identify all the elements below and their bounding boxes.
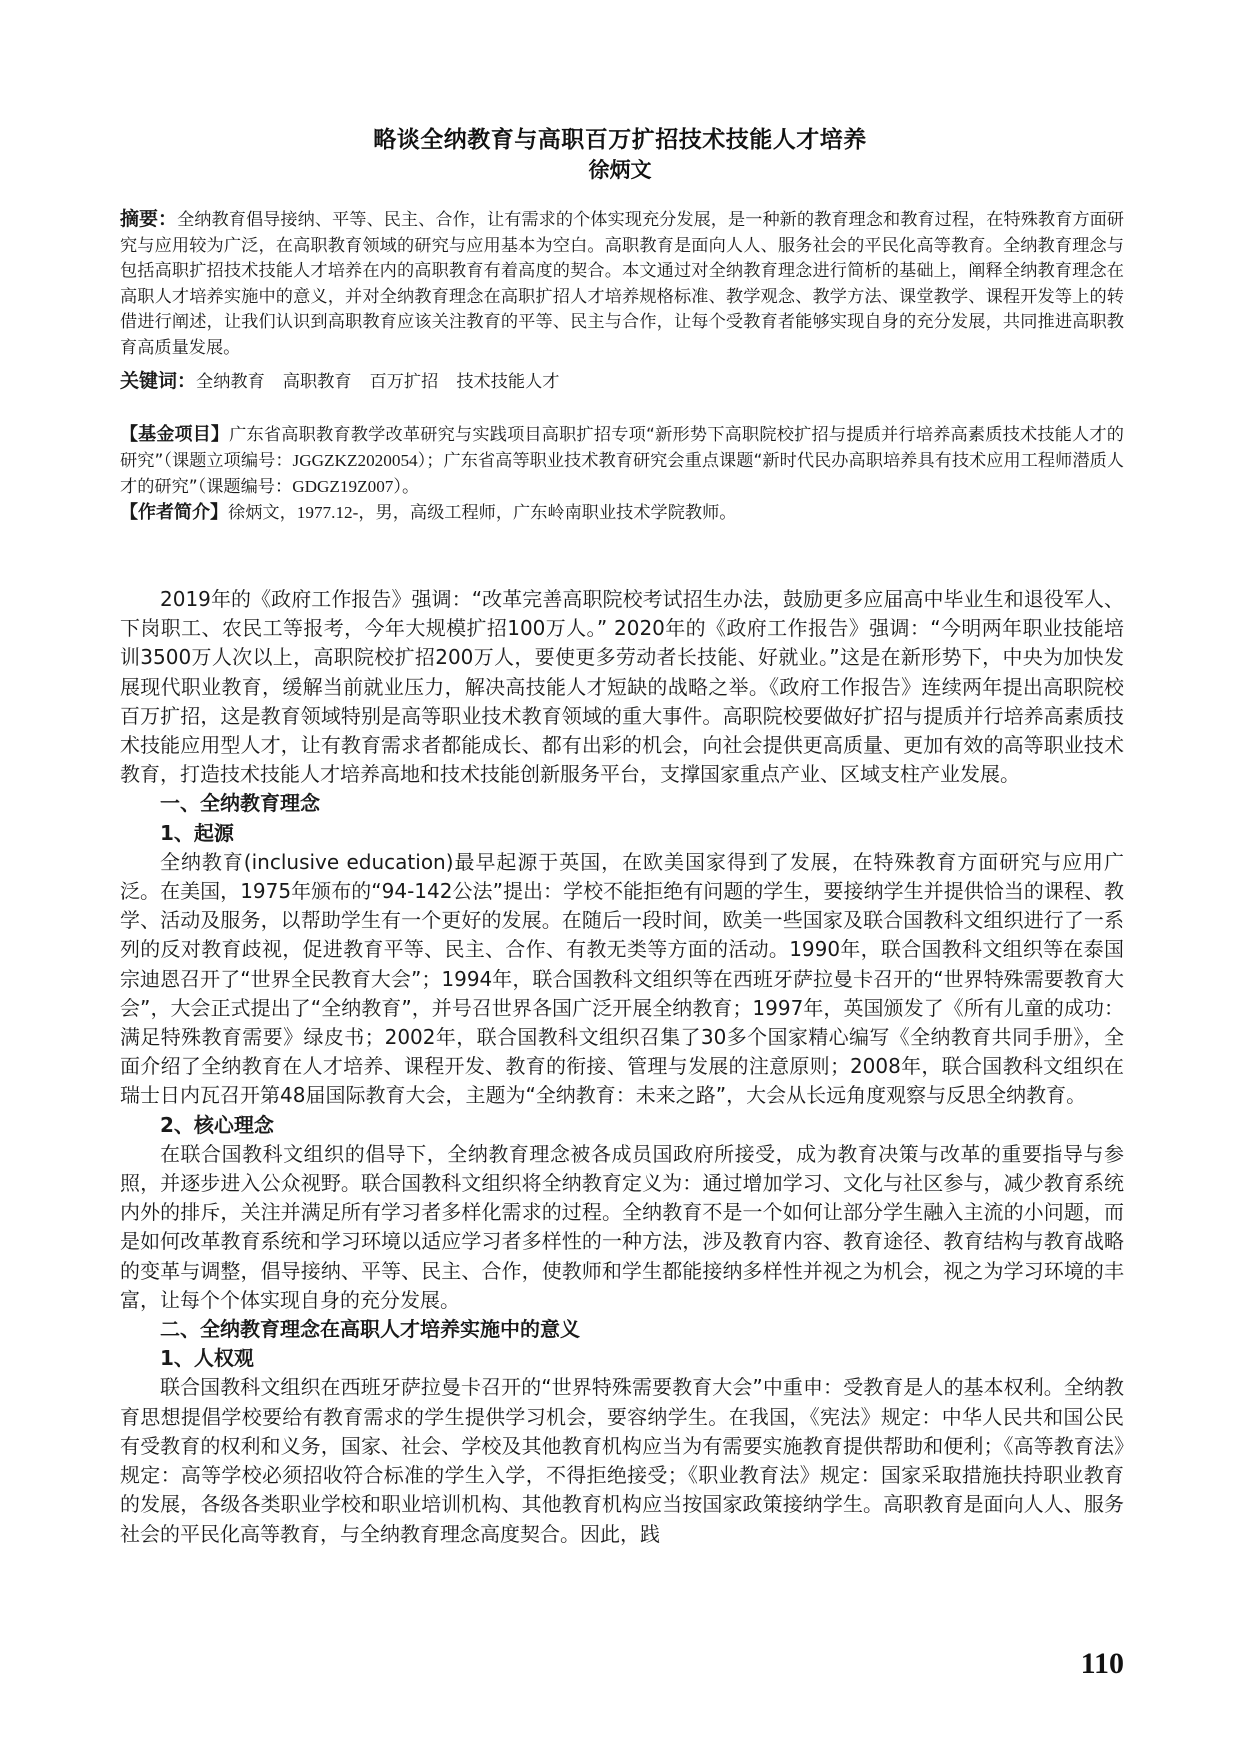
section-heading: 一、全纳教育理念 [120, 789, 1124, 818]
page-number: 110 [1081, 1647, 1124, 1681]
abstract-label: 摘要： [120, 208, 177, 230]
subsection-heading: 2、核心理念 [120, 1111, 1124, 1140]
paragraph: 全纳教育(inclusive education)最早起源于英国，在欧美国家得到… [120, 848, 1124, 1111]
section-heading: 二、全纳教育理念在高职人才培养实施中的意义 [120, 1315, 1124, 1344]
author-bio-birth: 1977.12- [297, 503, 359, 522]
document-page: 略谈全纳教育与高职百万扩招技术技能人才培养 徐炳文 摘要：全纳教育倡导接纳、平等… [0, 0, 1240, 1753]
paragraph: 联合国教科文组织在西班牙萨拉曼卡召开的“世界特殊需要教育大会”中重申：受教育是人… [120, 1373, 1124, 1548]
keyword: 全纳教育 [196, 372, 265, 392]
keyword: 百万扩招 [370, 372, 439, 392]
keyword: 技术技能人才 [456, 372, 559, 392]
author-bio-name: 徐炳文， [228, 503, 297, 523]
abstract-text: 全纳教育倡导接纳、平等、民主、合作，让有需求的个体实现充分发展，是一种新的教育理… [120, 210, 1124, 358]
fund-code: JGGZKZ2020054 [293, 451, 418, 470]
keywords: 关键词：全纳教育高职教育百万扩招技术技能人才 [120, 369, 1124, 396]
subsection-heading: 1、人权观 [120, 1344, 1124, 1373]
fund-info: 【基金项目】广东省高职教育教学改革研究与实践项目高职扩招专项“新形势下高职院校扩… [120, 422, 1124, 526]
subsection-heading: 1、起源 [120, 819, 1124, 848]
intro-paragraph: 2019年的《政府工作报告》强调：“改革完善高职院校考试招生办法，鼓励更多应届高… [120, 585, 1124, 789]
article-title: 略谈全纳教育与高职百万扩招技术技能人才培养 [0, 121, 1240, 154]
paragraph: 在联合国教科文组织的倡导下，全纳教育理念被各成员国政府所接受，成为教育决策与改革… [120, 1140, 1124, 1315]
article-body: 2019年的《政府工作报告》强调：“改革完善高职院校考试招生办法，鼓励更多应届高… [120, 585, 1124, 1549]
author-bio-text: ，男，高级工程师，广东岭南职业技术学院教师。 [358, 503, 736, 523]
article-author: 徐炳文 [0, 154, 1240, 184]
fund-text: ）。 [393, 477, 419, 497]
fund-label: 【基金项目】 [120, 424, 229, 445]
keywords-label: 关键词： [120, 370, 196, 392]
keyword: 高职教育 [283, 372, 352, 392]
author-bio-label: 【作者简介】 [120, 502, 228, 523]
abstract: 摘要：全纳教育倡导接纳、平等、民主、合作，让有需求的个体实现充分发展，是一种新的… [120, 207, 1124, 361]
fund-code: GDGZ19Z007 [292, 477, 393, 496]
